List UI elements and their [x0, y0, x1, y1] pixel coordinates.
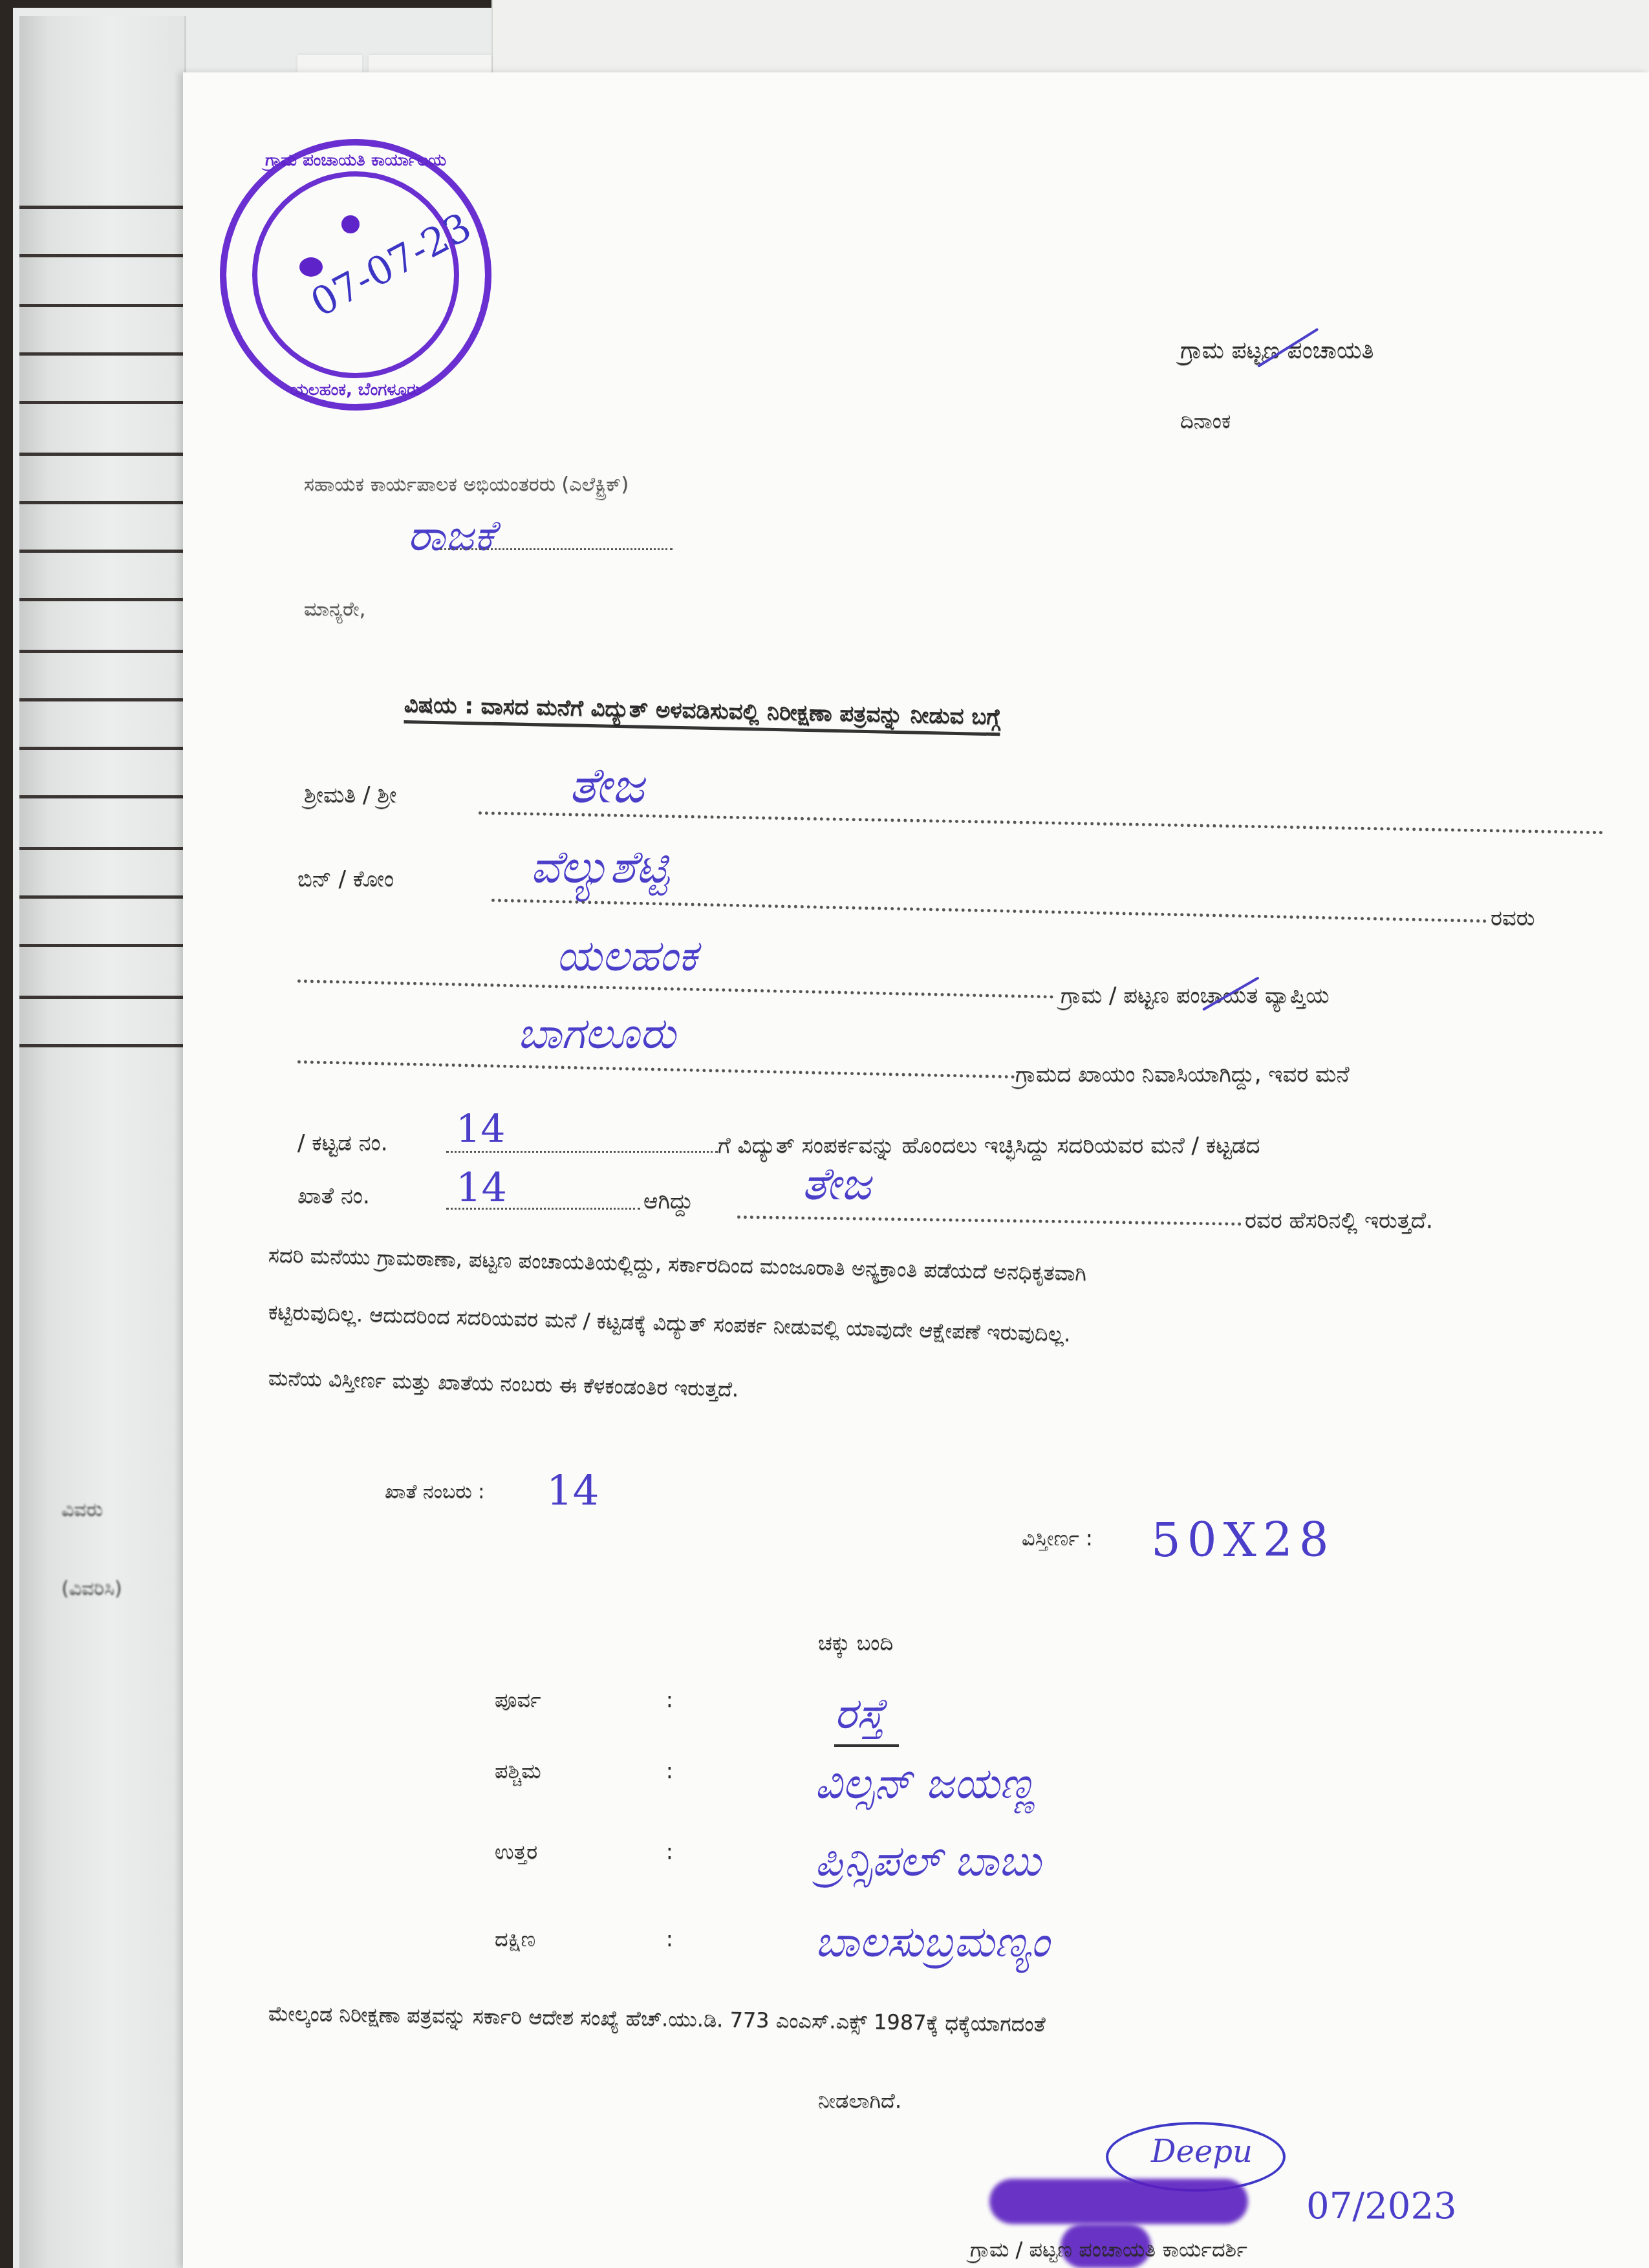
stamp-dot: [341, 215, 360, 233]
addressee-place-handwritten: ರಾಜಕೆ: [407, 511, 495, 562]
ruled-line: [19, 598, 184, 601]
signatory-designation: ಗ್ರಾಮ / ಪಟ್ಟಣ ಪಂಚಾಯತಿ ಕಾರ್ಯದರ್ಶಿ: [970, 2237, 1247, 2262]
native-village-handwritten: ಬಾಗಲೂರು: [517, 1009, 676, 1060]
signature: Deepu: [1151, 2134, 1253, 2170]
office-heading: ಗ್ರಾಮ ಪಟ್ಟಣ ಪಂಚಾಯತಿ: [1180, 337, 1374, 365]
dotted-line: [440, 548, 673, 550]
ruled-line: [19, 401, 184, 404]
area-label: ವಿಸ್ತೀರ್ಣ :: [1022, 1526, 1093, 1551]
ruled-line: [19, 1044, 184, 1047]
ruled-line: [19, 996, 184, 999]
panchayat-seal-stamp: ಗ್ರಾಮ ಪಂಚಾಯತಿ ಕಾರ್ಯಾಲಯ 07-07-23 ಯಲಹಂಕ, ಬ…: [220, 139, 491, 411]
stamp-dot: [299, 257, 323, 277]
boundary-label-south: ದಕ್ಷಿಣ: [495, 1927, 535, 1952]
background-text: ವಿವರು: [61, 1499, 103, 1521]
dotted-line: [446, 1151, 718, 1153]
ruled-line: [19, 747, 184, 750]
addressee-designation: ಸಹಾಯಕ ಕಾರ್ಯಪಾಲಕ ಅಭಿಯಂತರರು (ಎಲೆಕ್ಟ್ರಿಕ್): [304, 473, 629, 496]
colon: :: [666, 1839, 673, 1864]
colon: :: [666, 1927, 673, 1951]
agiddu-text: ಆಗಿದ್ದು: [643, 1188, 693, 1214]
background-sheet-top: [491, 0, 1649, 78]
footer-line-2: ನೀಡಲಾಗಿದೆ.: [818, 2088, 901, 2113]
ruled-line: [19, 698, 184, 701]
boundary-label-north: ಉತ್ತರ: [495, 1839, 537, 1865]
boundary-value-west: ವಿಲ್ಸನ್ ಜಯಣ್ಣ: [815, 1759, 1036, 1810]
area-value: 50X28: [1151, 1513, 1335, 1567]
khata-number-handwritten: 14: [456, 1164, 507, 1211]
boundary-value-east: ರಸ್ತೆ: [834, 1689, 885, 1740]
khata-number-label: ಖಾತೆ ನಂಬರು :: [385, 1481, 484, 1503]
boundary-label-east: ಪೂರ್ವ: [495, 1687, 541, 1713]
seal-ink-blot: [989, 2179, 1248, 2224]
building-number-handwritten: 14: [456, 1107, 505, 1152]
stamp-text-bottom: ಯಲಹಂಕ, ಬೆಂಗಳೂರು: [226, 380, 485, 400]
subject-label: ವಿಷಯ :: [404, 692, 474, 719]
name-prefix: ಶ್ರೀಮತಿ / ಶ್ರೀ: [304, 782, 396, 808]
ruled-line: [19, 550, 184, 553]
ruled-line: [19, 206, 184, 209]
khata-prefix: ಖಾತೆ ನಂ.: [297, 1183, 370, 1209]
ruled-line: [19, 944, 184, 947]
building-prefix: / ಕಟ್ಟಡ ನಂ.: [297, 1130, 387, 1156]
boundary-label-west: ಪಶ್ಚಿಮ: [495, 1759, 541, 1784]
owner-suffix: ರವರ ಹೆಸರಿನಲ್ಲಿ ಇರುತ್ತದೆ.: [1245, 1208, 1433, 1234]
ruled-line: [19, 304, 184, 307]
applicant-name-handwritten: ತೇಜ: [569, 756, 644, 815]
signature-date: 07/2023: [1306, 2185, 1457, 2227]
ruled-line: [19, 650, 184, 653]
dotted-line: [446, 1208, 640, 1210]
colon: :: [666, 1687, 673, 1712]
boundary-value-south: ಬಾಲಸುಬ್ರಮಣ್ಯಂ: [815, 1917, 1050, 1968]
gramada-suffix: ಗ್ರಾಮದ ಖಾಯಂ ನಿವಾಸಿಯಾಗಿದ್ದು, ಇವರ ಮನೆ: [1015, 1062, 1350, 1087]
building-suffix: ಗೆ ವಿದ್ಯುತ್ ಸಂಪರ್ಕವನ್ನು ಹೊಂದಲು ಇಚ್ಛಿಸಿದ್…: [718, 1133, 1260, 1159]
owner-name-handwritten: ತೇಜ: [802, 1157, 871, 1211]
date-label: ದಿನಾಂಕ: [1180, 409, 1231, 434]
ravaru-text: ರವರು: [1491, 905, 1535, 931]
village-suffix: ಗ್ರಾಮ / ಪಟ್ಟಣ ಪಂಚಾಯತ ವ್ಯಾಪ್ತಿಯ: [1061, 983, 1330, 1009]
ruled-line: [19, 895, 184, 899]
salutation: ಮಾನ್ಯರೇ,: [304, 598, 365, 621]
stamp-text-top: ಗ್ರಾಮ ಪಂಚಾಯತಿ ಕಾರ್ಯಾಲಯ: [226, 151, 485, 171]
colon: :: [666, 1759, 673, 1783]
relation-name-handwritten: ವೆಲ್ಯುಶೆಟ್ಟಿ: [530, 840, 669, 894]
ruled-line: [19, 352, 184, 356]
boundary-value-north: ಪ್ರಿನ್ಸಿಪಲ್ ಬಾಬು: [815, 1836, 1041, 1887]
ruled-line: [19, 847, 184, 850]
ruled-line: [19, 501, 184, 504]
village-handwritten: ಯಲಹಂಕ: [556, 931, 697, 982]
ruled-line: [19, 795, 184, 798]
boundaries-title: ಚಕ್ಕು ಬಂದಿ: [818, 1631, 893, 1656]
background-text: (ವಿವರಿಸಿ): [61, 1578, 122, 1600]
ruled-line: [19, 453, 184, 456]
khata-number-value: 14: [546, 1468, 599, 1515]
relation-prefix: ಬಿನ್ / ಕೋಂ: [297, 866, 394, 892]
underline-mark: [834, 1744, 899, 1747]
ruled-line: [19, 254, 184, 257]
